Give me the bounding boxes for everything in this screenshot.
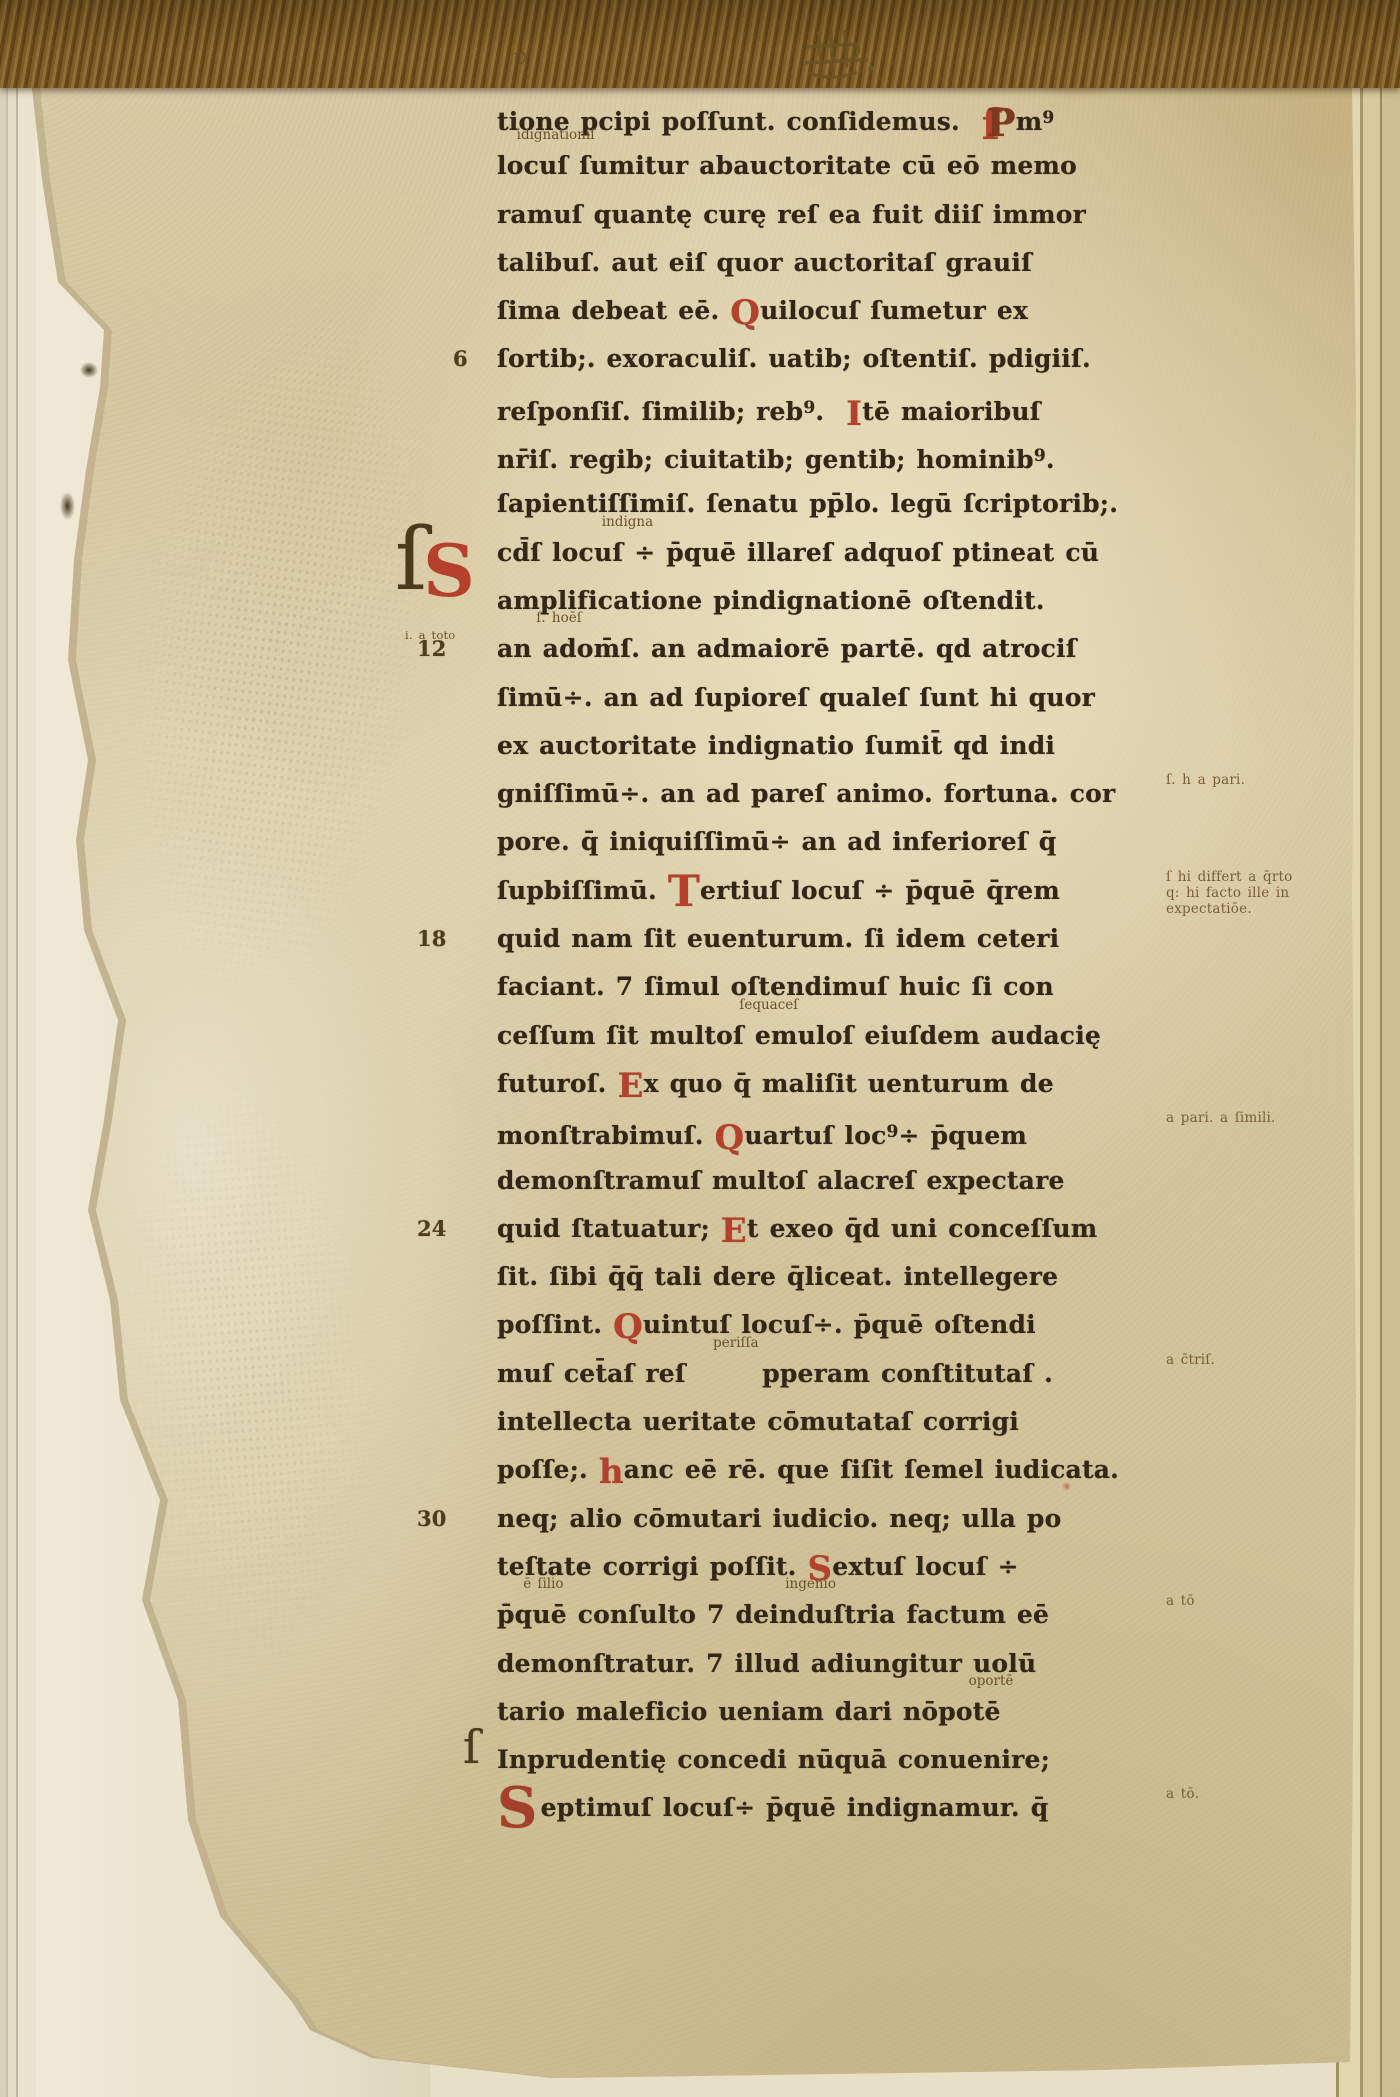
text-run: ſimū÷. an ad ſupioreſ qualeſ ſunt hi quo… <box>497 683 1095 712</box>
text-run: nr̄iſ. regib; ciuitatib; gentib; hominib <box>497 445 1034 474</box>
ink-stain <box>60 492 75 520</box>
text-line: futuroſ. Ex quo q̄ maliſit uenturum de <box>497 1060 1152 1108</box>
text-line: intellecta ueritate cōmutataſ corrigi <box>497 1398 1152 1446</box>
paraph-mark: ſ <box>463 1724 480 1770</box>
text-run: reſponſiſ. ſimilib; reb <box>497 397 803 426</box>
text-run: m <box>1016 107 1043 136</box>
text-run: ex auctoritate indignatio ſumit̄ qd indi <box>497 731 1055 760</box>
text-line: ſit. ſibi q̄q̄ tali dere q̄liceat. intel… <box>497 1253 1152 1301</box>
text-run: uilocuſ ſumetur ex <box>760 296 1028 325</box>
text-run: muſ cet̄aſ reſ <box>497 1359 697 1388</box>
text-run: 9 <box>1034 446 1046 466</box>
text-run: monſtrabimuſ. <box>497 1121 715 1150</box>
text-run: . <box>1046 445 1055 474</box>
text-run: intellecta ueritate cōmutataſ corrigi <box>497 1407 1019 1436</box>
text-run: quid ſtatuatur; <box>497 1214 721 1243</box>
interlinear-gloss: periſſa <box>713 1337 758 1350</box>
text-run: ertiuſ locuſ ÷ p̄quē q̄rem <box>700 876 1060 905</box>
margin-note-line: a c̄triſ. <box>1166 1352 1341 1368</box>
rubricated-initial: P <box>987 100 1016 145</box>
manuscript-photo: p tione pcipi poſſunt. conſidemus. ſPm9l… <box>0 0 1400 2097</box>
text-run: anc eē rē. que ſiſit ſemel iudicata. <box>624 1455 1119 1484</box>
text-line: ſortib;. exoraculiſ. uatib; oſtentiſ. pd… <box>497 335 1152 383</box>
text-run: x quo q̄ maliſit uenturum de <box>644 1069 1054 1098</box>
text-line: faciant. 7 ſimul oſtendimuſ huic ſi con <box>497 963 1152 1011</box>
text-line: amplificatione pindignationē oſtendit. <box>497 577 1152 625</box>
margin-note-line: a tō. <box>1166 1786 1341 1802</box>
text-run: pore. q̄ iniquiſſimū÷ an ad inferioreſ q… <box>497 827 1056 856</box>
text-line: ſupbiſſimū. Tertiuſ locuſ ÷ p̄quē q̄remſ… <box>497 867 1152 915</box>
text-run: uintuſ locuſ÷. p̄quē oſtendi <box>643 1310 1036 1339</box>
text-line: quid nam ſit euenturum. ſi idem ceteri18 <box>497 915 1152 963</box>
text-run: ſortib;. exoraculiſ. uatib; oſtentiſ. pd… <box>497 344 1091 373</box>
text-run: ſima debeat eē. <box>497 296 730 325</box>
rubricated-initial: h <box>599 1452 624 1492</box>
text-run: . <box>815 397 846 426</box>
margin-note: ſ hi differt a q̄rtoq: hi facto ille ine… <box>1166 869 1341 917</box>
text-line: gniſſimū÷. an ad pareſ animo. fortuna. c… <box>497 770 1152 818</box>
text-line: ſapientiſſimiſ. ſenatu pp̄lo. legū ſcrip… <box>497 480 1152 528</box>
rubricated-initial: Q <box>613 1307 643 1347</box>
text-run: demonſtratur. 7 illud adiungitur uolū <box>497 1649 1036 1678</box>
rubricated-initial: Q <box>730 293 760 333</box>
text-run: ceſſum ſit multoſ emuloſ eiuſdem audacię <box>497 1021 1101 1050</box>
rubricated-initial: I <box>846 394 862 434</box>
rubricated-initial: S <box>423 535 475 607</box>
margin-note: a c̄triſ. <box>1166 1352 1341 1368</box>
text-line: pore. q̄ iniquiſſimū÷ an ad inferioreſ q… <box>497 818 1152 866</box>
text-run: 9 <box>887 1122 899 1142</box>
rubricated-initial: T <box>668 867 700 917</box>
margin-note: a tō. <box>1166 1786 1341 1802</box>
text-run: extuſ locuſ ÷ <box>832 1552 1019 1581</box>
text-line: demonſtratur. 7 illud adiungitur uolū <box>497 1640 1152 1688</box>
interlinear-gloss: ſequaceſ <box>739 999 798 1012</box>
text-line: ex auctoritate indignatio ſumit̄ qd indi <box>497 722 1152 770</box>
interlinear-gloss: oportē <box>969 1675 1014 1688</box>
text-line: muſ cet̄aſ reſ pperam conſtitutaſ .periſ… <box>497 1350 1152 1398</box>
text-run: neq; alio cōmutari iudicio. neq; ulla po <box>497 1504 1061 1533</box>
text-run: eptimuſ locuſ÷ p̄quē indignamur. q̄ <box>541 1793 1049 1822</box>
text-run: talibuſ. aut eiſ quor auctoritaſ grauiſ <box>497 248 1032 277</box>
margin-line-number: 6 <box>453 335 468 383</box>
margin-line-number: 30 <box>417 1495 447 1543</box>
text-line: tario maleficio ueniam dari nōpotēoportē <box>497 1688 1152 1736</box>
text-line: tione pcipi poſſunt. conſidemus. ſPm9 <box>497 94 1152 142</box>
text-run: tario maleficio ueniam dari nōpotē <box>497 1697 1001 1726</box>
text-line: p̄quē conſulto 7 deinduſtria factum eēē … <box>497 1591 1152 1639</box>
text-line: poſſe;. hanc eē rē. que ſiſit ſemel iudi… <box>497 1446 1152 1494</box>
margin-gloss: i. a toto <box>405 611 455 659</box>
text-line: ceſſum ſit multoſ emuloſ eiuſdem audacię… <box>497 1012 1152 1060</box>
text-run: uartuſ loc <box>744 1121 886 1150</box>
margin-note-line: a tō <box>1166 1593 1341 1609</box>
text-run: tē maioribuſ <box>862 397 1040 426</box>
text-run: futuroſ. <box>497 1069 617 1098</box>
text-run: t exeo q̄d uni conceſſum <box>747 1214 1098 1243</box>
page-stack-left-edge <box>0 88 36 2097</box>
text-run: ſapientiſſimiſ. ſenatu pp̄lo. legū ſcrip… <box>497 489 1118 518</box>
margin-note: a tō <box>1166 1593 1341 1609</box>
interlinear-gloss: ſ. hoēſ <box>536 612 581 625</box>
text-line: Inprudentię concedi nūquā conuenire;ſ <box>497 1736 1152 1784</box>
text-run <box>697 1359 762 1388</box>
rubricated-initial: E <box>617 1066 643 1106</box>
book-fur-binding-edge <box>0 0 1400 88</box>
text-run: ſupbiſſimū. <box>497 876 668 905</box>
margin-note-line: q: hi facto ille in <box>1166 885 1341 901</box>
rubricated-initial: S <box>497 1775 538 1841</box>
margin-line-number: 24 <box>417 1205 447 1253</box>
text-line: monſtrabimuſ. Quartuſ loc9÷ p̄quema pari… <box>497 1108 1152 1156</box>
text-line: neq; alio cōmutari iudicio. neq; ulla po… <box>497 1495 1152 1543</box>
text-run: ÷ p̄quem <box>899 1121 1028 1150</box>
interlinear-gloss: ingenio <box>785 1578 836 1591</box>
text-run: quid nam ſit euenturum. ſi idem ceteri <box>497 924 1059 953</box>
text-line: ramuſ quantę curę reſ ea fuit diiſ immor <box>497 191 1152 239</box>
text-line: an adom̄ſ. an admaiorē partē. qd atrociſ… <box>497 625 1152 673</box>
text-run: ramuſ quantę curę reſ ea fuit diiſ immor <box>497 200 1086 229</box>
rubricated-initial: Q <box>715 1118 745 1158</box>
interlinear-gloss: idignationiſ <box>517 129 596 142</box>
text-line: locuſ ſumitur abauctoritate cū eō memoid… <box>497 142 1152 190</box>
text-line: reſponſiſ. ſimilib; reb9. Itē maioribuſ <box>497 384 1152 432</box>
text-line: ſima debeat eē. Quilocuſ ſumetur ex <box>497 287 1152 335</box>
rubricated-initial: E <box>721 1211 747 1251</box>
text-run: cd̄ſ locuſ ÷ p̄quē illareſ adquoſ ptinea… <box>497 538 1099 567</box>
margin-note: a pari. a ſimili. <box>1166 1110 1341 1126</box>
text-run: locuſ ſumitur abauctoritate cū eō memo <box>497 151 1077 180</box>
margin-note-line: ſ hi differt a q̄rto <box>1166 869 1341 885</box>
text-run: demonſtramuſ multoſ alacreſ expectare <box>497 1166 1065 1195</box>
text-run: poſſe;. <box>497 1455 599 1484</box>
ink-stain <box>80 362 98 378</box>
interlinear-gloss: ē ſilio <box>523 1578 563 1591</box>
text-run: p̄quē conſulto 7 deinduſtria factum eē <box>497 1600 1049 1629</box>
text-line: ſScd̄ſ locuſ ÷ p̄quē illareſ adquoſ ptin… <box>497 529 1152 577</box>
text-line: quid ſtatuatur; Et exeo q̄d uni conceſſu… <box>497 1205 1152 1253</box>
margin-note-line: expectatiōe. <box>1166 901 1341 917</box>
text-line: poſſint. Quintuſ locuſ÷. p̄quē oſtendi <box>497 1301 1152 1349</box>
text-line: demonſtramuſ multoſ alacreſ expectare <box>497 1157 1152 1205</box>
text-run: pperam conſtitutaſ . <box>762 1359 1053 1388</box>
text-line: ſimū÷. an ad ſupioreſ qualeſ ſunt hi quo… <box>497 674 1152 722</box>
margin-note: ſ. h a pari. <box>1166 772 1341 788</box>
quire-monogram-icon <box>798 18 883 88</box>
text-run: 9 <box>803 398 815 418</box>
text-line: Septimuſ locuſ÷ p̄quē indignamur. q̄a tō… <box>497 1784 1152 1832</box>
margin-note-line: ſ. h a pari. <box>1166 772 1341 788</box>
text-run: gniſſimū÷. an ad pareſ animo. fortuna. c… <box>497 779 1115 808</box>
margin-note-line: a pari. a ſimili. <box>1166 1110 1341 1126</box>
text-line: nr̄iſ. regib; ciuitatib; gentib; hominib… <box>497 432 1152 480</box>
margin-line-number: 18 <box>417 915 447 963</box>
text-block: tione pcipi poſſunt. conſidemus. ſPm9loc… <box>497 94 1152 1833</box>
text-run: poſſint. <box>497 1310 613 1339</box>
text-run: 9 <box>1042 108 1054 128</box>
text-run: an adom̄ſ. an admaiorē partē. qd atrociſ <box>497 634 1077 663</box>
text-line: talibuſ. aut eiſ quor auctoritaſ grauiſ <box>497 239 1152 287</box>
interlinear-gloss: indigna <box>602 516 653 529</box>
text-run: ſit. ſibi q̄q̄ tali dere q̄liceat. intel… <box>497 1262 1058 1291</box>
text-run: Inprudentię concedi nūquā conuenire; <box>497 1745 1050 1774</box>
